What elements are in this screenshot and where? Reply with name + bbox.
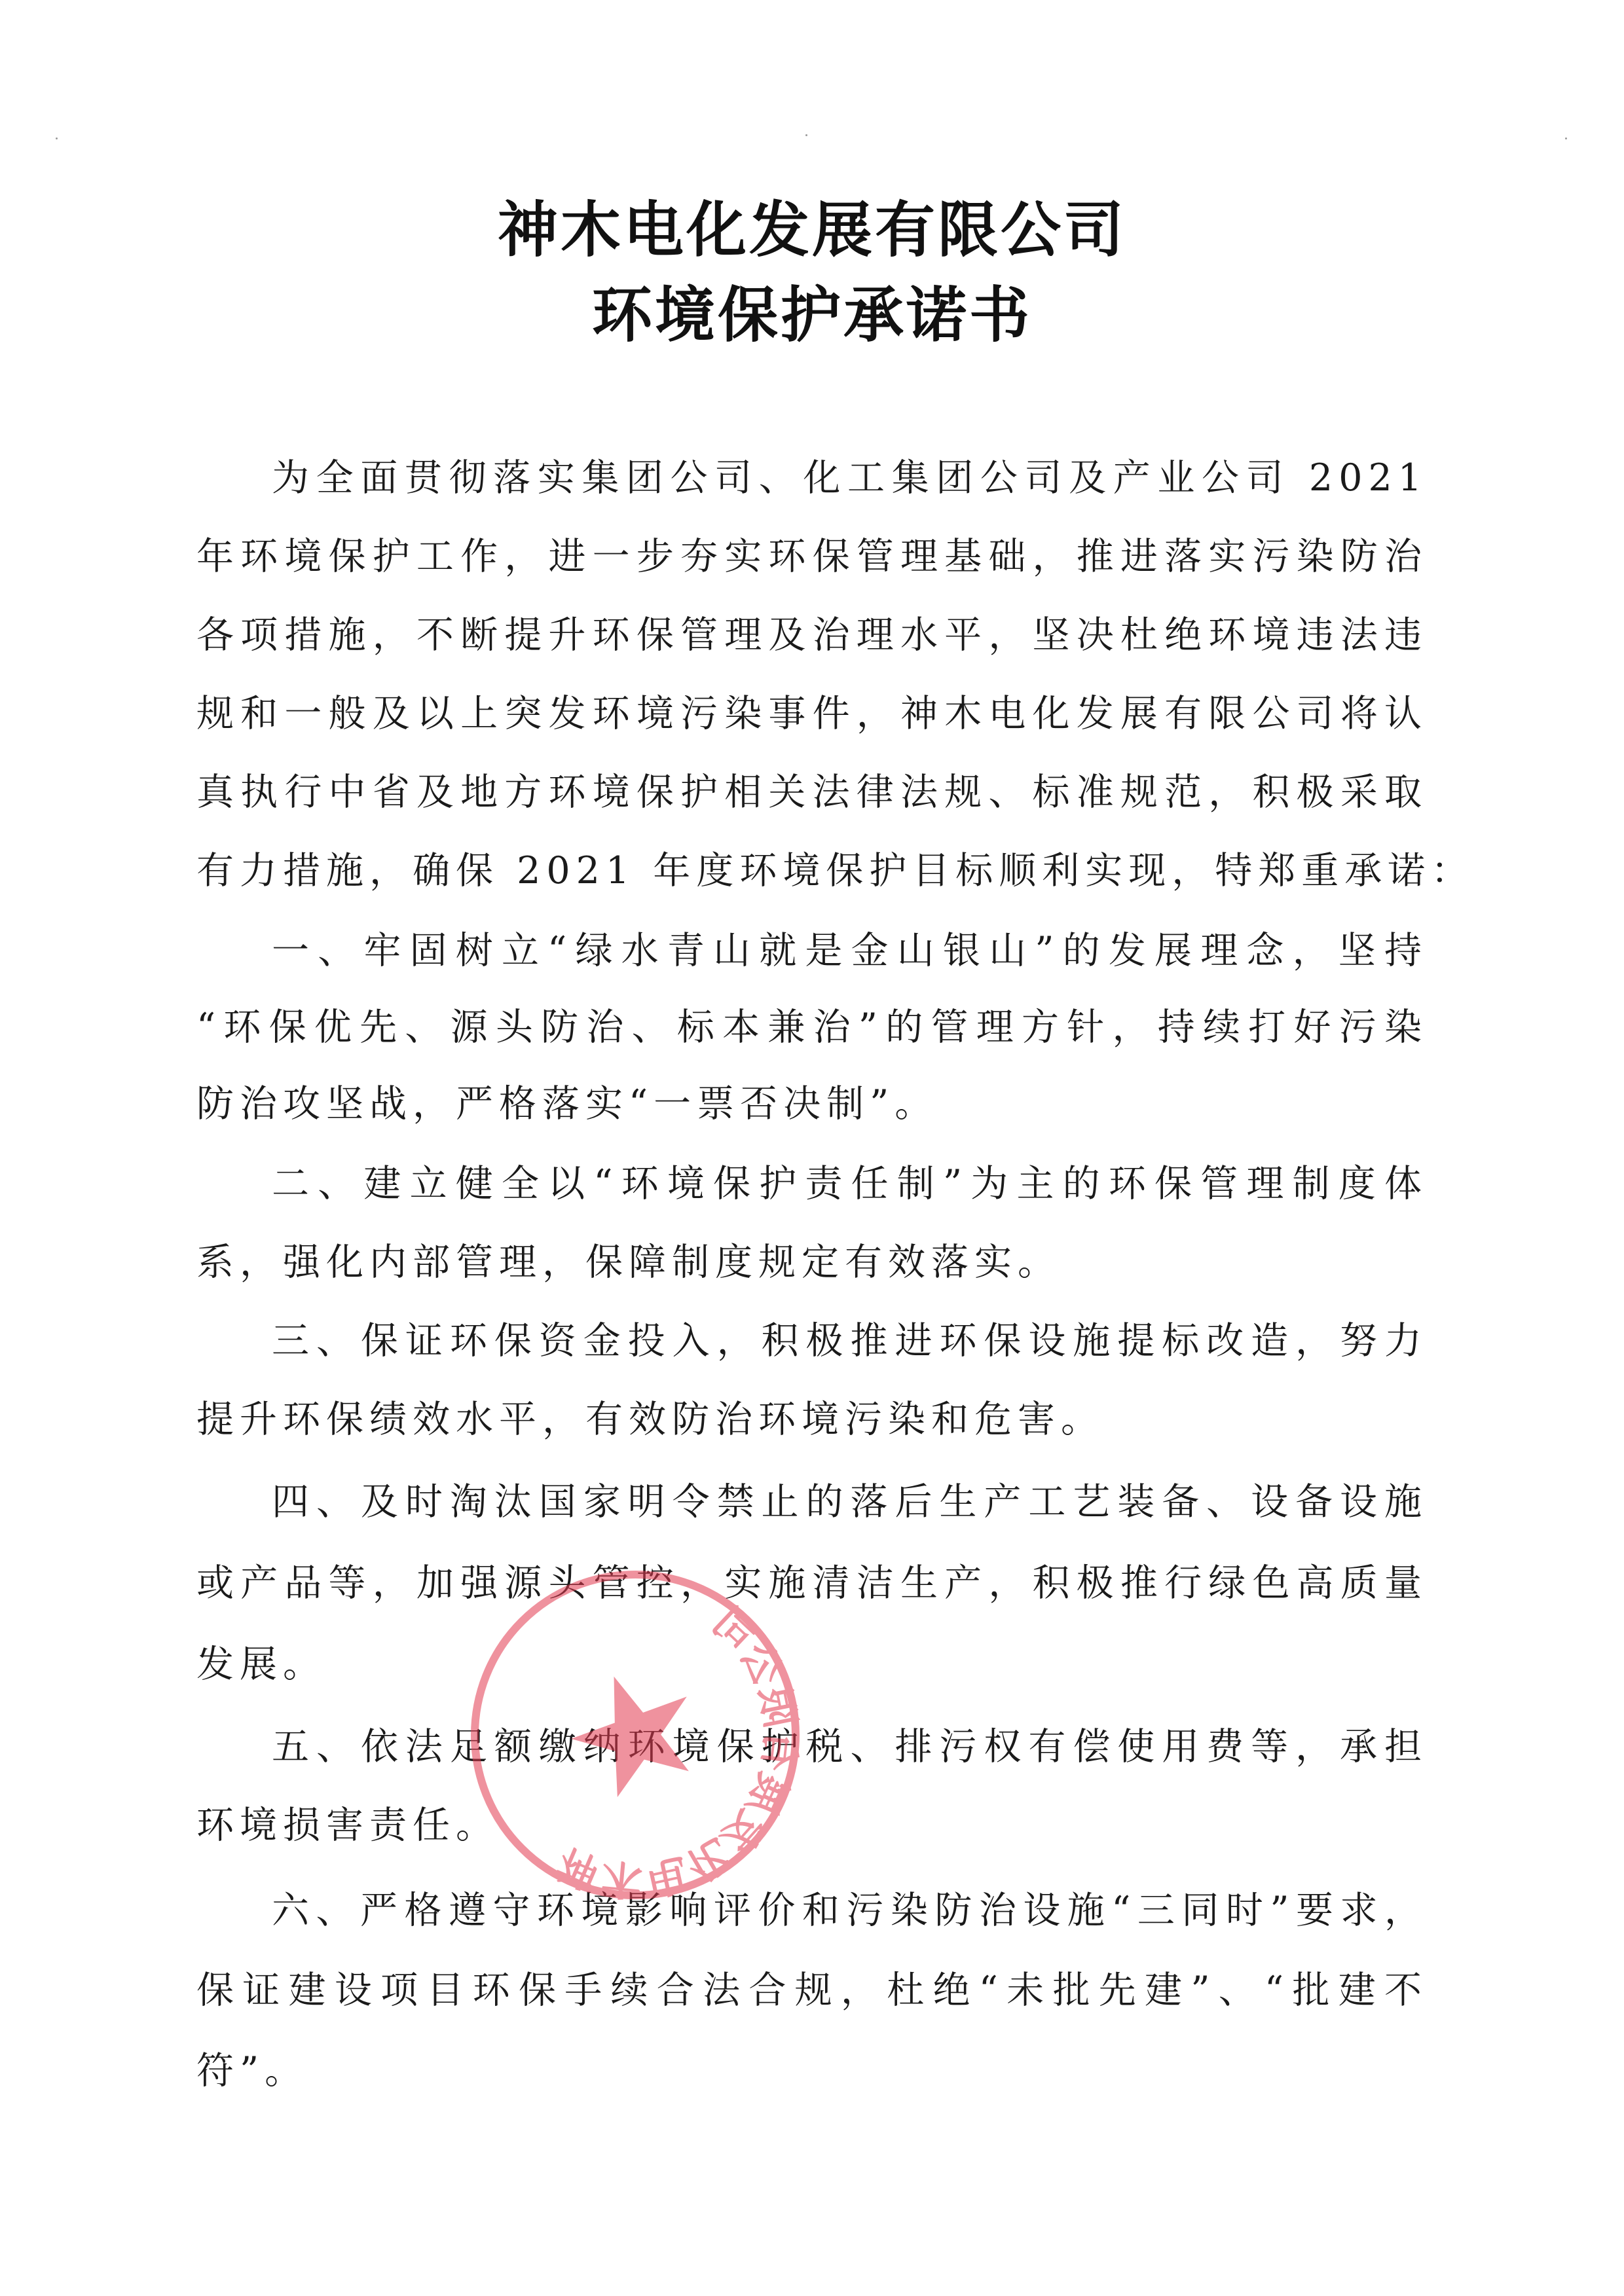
body-text-line: 五、依法足额缴纳环境保护税、排污权有偿使用费等，承担 bbox=[272, 1728, 1428, 1766]
body-text-line: 六、严格遵守环境影响评价和污染防治设施“三同时”要求， bbox=[272, 1892, 1428, 1929]
body-text-line: 符”。 bbox=[196, 2052, 1428, 2090]
document-title-company: 神木电化发展有限公司 bbox=[0, 200, 1624, 260]
body-text-line: 二、建立健全以“环境保护责任制”为主的环保管理制度体 bbox=[272, 1165, 1428, 1203]
body-text-line: 一、牢固树立“绿水青山就是金山银山”的发展理念，坚持 bbox=[272, 932, 1428, 970]
body-text-line: 保证建设项目环保手续合法合规，杜绝“未批先建”、“批建不 bbox=[196, 1972, 1428, 2009]
body-text-line: 真执行中省及地方环境保护相关法律法规、标准规范，积极采取 bbox=[196, 774, 1428, 811]
body-text-line: 三、保证环保资金投入，积极推进环保设施提标改造，努力 bbox=[272, 1322, 1428, 1360]
body-text-line: 各项措施，不断提升环保管理及治理水平，坚决杜绝环境违法违 bbox=[196, 617, 1428, 654]
body-text-line: 系，强化内部管理，保障制度规定有效落实。 bbox=[196, 1244, 1428, 1281]
scan-speck bbox=[805, 134, 807, 136]
body-text-line: 四、及时淘汰国家明令禁止的落后生产工艺装备、设备设施 bbox=[272, 1484, 1428, 1521]
body-text-line: 提升环保绩效水平，有效防治环境污染和危害。 bbox=[196, 1401, 1428, 1438]
body-text-line: 发展。 bbox=[196, 1646, 1428, 1683]
body-text-line: 环境损害责任。 bbox=[196, 1807, 1428, 1844]
body-text-line: 规和一般及以上突发环境污染事件，神木电化发展有限公司将认 bbox=[196, 695, 1428, 733]
body-text-line: 防治攻坚战，严格落实“一票否决制”。 bbox=[196, 1085, 1428, 1123]
body-text-line: 为全面贯彻落实集团公司、化工集团公司及产业公司 2021 bbox=[272, 460, 1428, 497]
body-text-line: 有力措施，确保 2021 年度环境保护目标顺利实现，特郑重承诺： bbox=[196, 852, 1428, 890]
body-text-line: “环保优先、源头防治、标本兼治”的管理方针，持续打好污染 bbox=[196, 1009, 1428, 1046]
body-text-line: 年环境保护工作，进一步夯实环保管理基础，推进落实污染防治 bbox=[196, 538, 1428, 575]
scan-speck bbox=[56, 137, 58, 139]
document-title-subject: 环境保护承诺书 bbox=[0, 285, 1624, 345]
body-text-line: 或产品等，加强源头管控，实施清洁生产，积极推行绿色高质量 bbox=[196, 1565, 1428, 1602]
scan-speck bbox=[1565, 137, 1567, 139]
